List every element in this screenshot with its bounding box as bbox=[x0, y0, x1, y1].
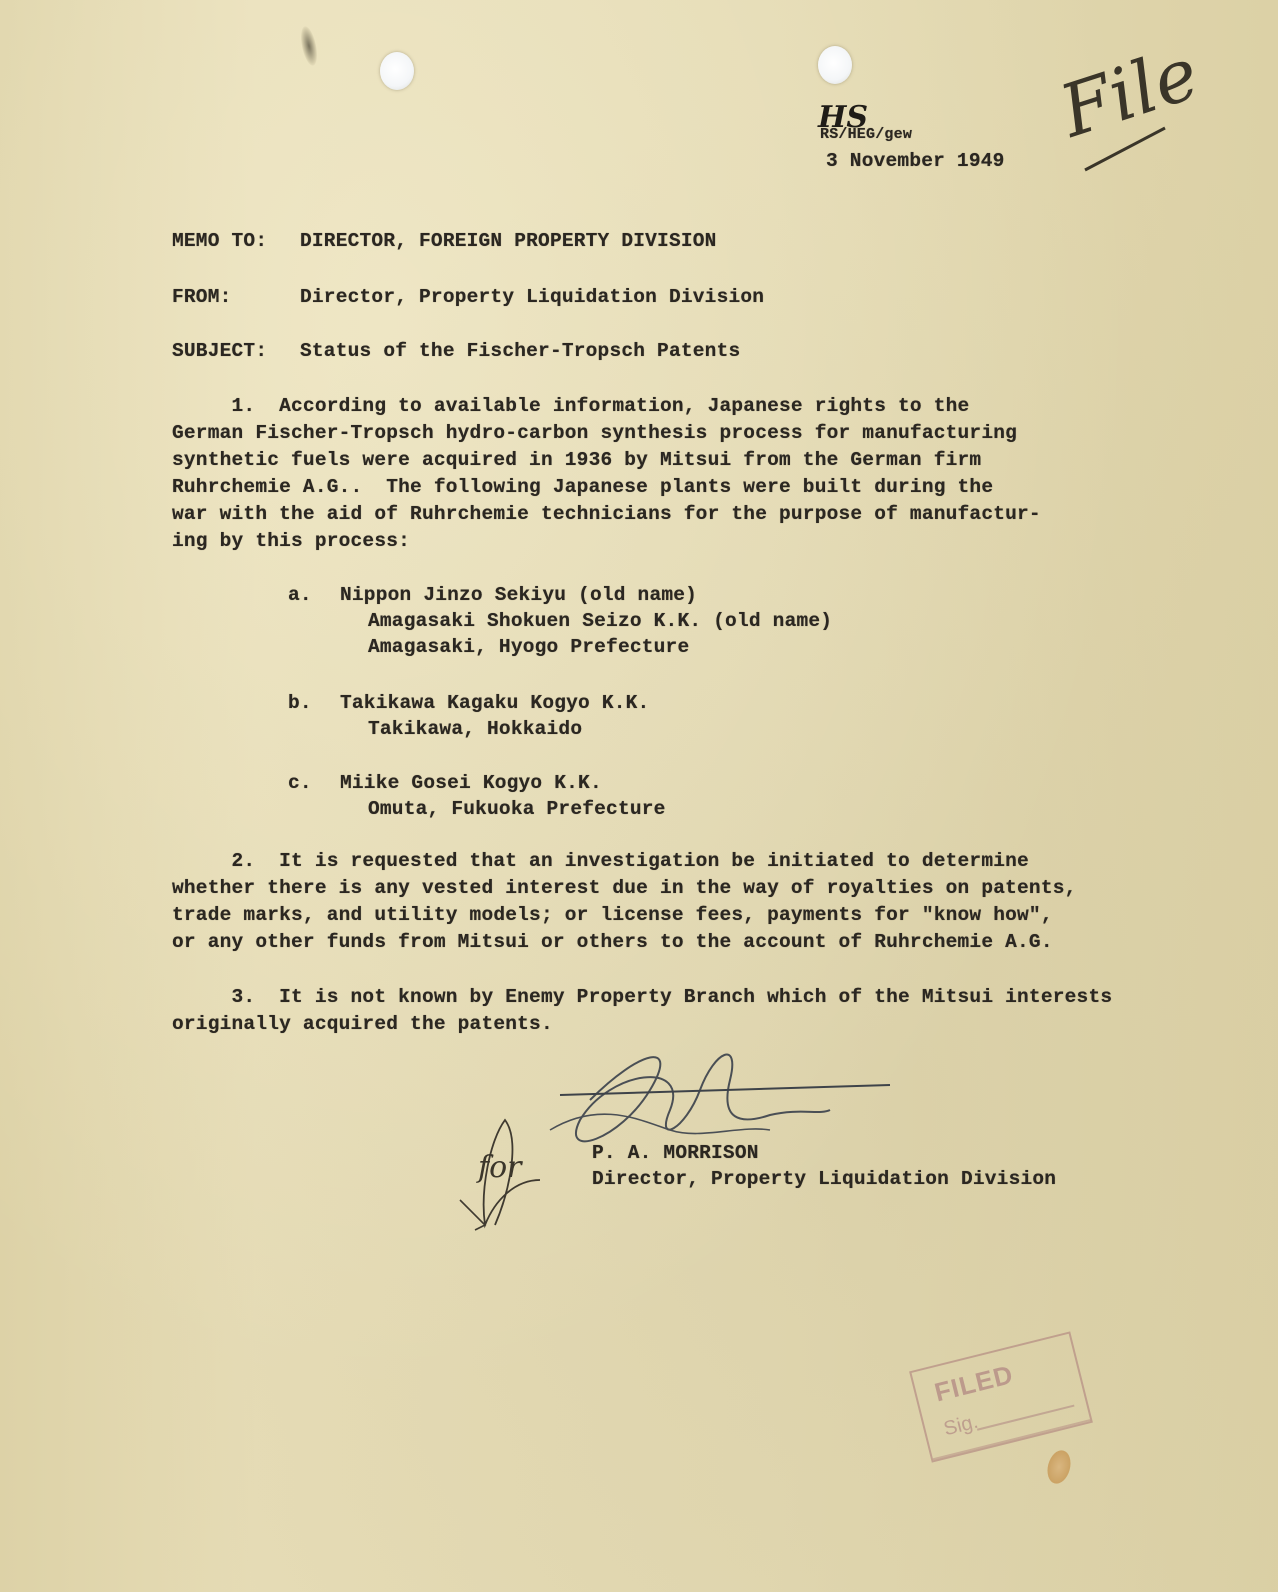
reference-code: RS/HEG/gew bbox=[820, 126, 912, 143]
memo-subject-label: SUBJECT: bbox=[172, 340, 267, 362]
paragraph-1-line: Ruhrchemie A.G.. The following Japanese … bbox=[172, 476, 993, 498]
memo-from-value: Director, Property Liquidation Division bbox=[300, 286, 764, 308]
paragraph-2-line: whether there is any vested interest due… bbox=[172, 877, 1077, 899]
filed-stamp: FILED Sig. bbox=[909, 1331, 1093, 1462]
filed-stamp-sig-label: Sig. bbox=[942, 1411, 981, 1442]
handwritten-signature bbox=[440, 1030, 900, 1240]
paragraph-1-line: ing by this process: bbox=[172, 530, 410, 552]
filed-stamp-label: FILED bbox=[931, 1359, 1016, 1408]
memo-date: 3 November 1949 bbox=[826, 150, 1005, 172]
plant-letter: c. bbox=[288, 772, 312, 794]
ink-smudge bbox=[298, 25, 320, 67]
paragraph-2-line: trade marks, and utility models; or lice… bbox=[172, 904, 1053, 926]
plant-letter: a. bbox=[288, 584, 312, 606]
paragraph-2-line: 2. It is requested that an investigation… bbox=[172, 850, 1029, 872]
signatory-title: Director, Property Liquidation Division bbox=[592, 1168, 1056, 1190]
paragraph-3-line: 3. It is not known by Enemy Property Bra… bbox=[172, 986, 1112, 1008]
paragraph-2-line: or any other funds from Mitsui or others… bbox=[172, 931, 1053, 953]
plant-line: Amagasaki, Hyogo Prefecture bbox=[368, 636, 689, 658]
punch-hole-left bbox=[380, 52, 414, 90]
paragraph-1-line: German Fischer-Tropsch hydro-carbon synt… bbox=[172, 422, 1017, 444]
paragraph-1-line: 1. According to available information, J… bbox=[172, 395, 969, 417]
punch-hole-right bbox=[818, 46, 852, 84]
filed-stamp-sig-line bbox=[977, 1405, 1075, 1431]
paragraph-1-line: synthetic fuels were acquired in 1936 by… bbox=[172, 449, 981, 471]
memo-to-label: MEMO TO: bbox=[172, 230, 267, 252]
plant-line: Amagasaki Shokuen Seizo K.K. (old name) bbox=[368, 610, 832, 632]
plant-line: Takikawa Kagaku Kogyo K.K. bbox=[340, 692, 649, 714]
file-underline-stroke bbox=[1080, 110, 1170, 180]
plant-line: Nippon Jinzo Sekiyu (old name) bbox=[340, 584, 697, 606]
stain-spot bbox=[1044, 1448, 1074, 1487]
signatory-name: P. A. MORRISON bbox=[592, 1142, 759, 1164]
plant-letter: b. bbox=[288, 692, 312, 714]
plant-line: Miike Gosei Kogyo K.K. bbox=[340, 772, 602, 794]
memo-to-value: DIRECTOR, FOREIGN PROPERTY DIVISION bbox=[300, 230, 717, 252]
plant-line: Takikawa, Hokkaido bbox=[368, 718, 582, 740]
memo-from-label: FROM: bbox=[172, 286, 232, 308]
memo-page: HS RS/HEG/gew 3 November 1949 File MEMO … bbox=[0, 0, 1278, 1592]
plant-line: Omuta, Fukuoka Prefecture bbox=[368, 798, 666, 820]
memo-subject-value: Status of the Fischer-Tropsch Patents bbox=[300, 340, 740, 362]
for-mark: for bbox=[478, 1150, 522, 1185]
paragraph-1-line: war with the aid of Ruhrchemie technicia… bbox=[172, 503, 1041, 525]
